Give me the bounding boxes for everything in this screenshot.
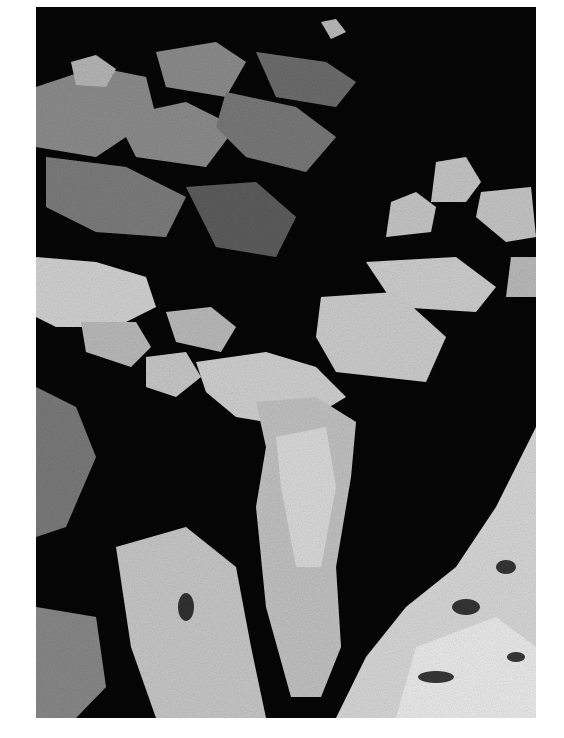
foreground-rubble [36,387,266,718]
wall-blocks [316,157,536,382]
excavation-photograph [36,7,536,718]
photo-rendering [36,7,536,718]
stone-block [36,257,156,327]
